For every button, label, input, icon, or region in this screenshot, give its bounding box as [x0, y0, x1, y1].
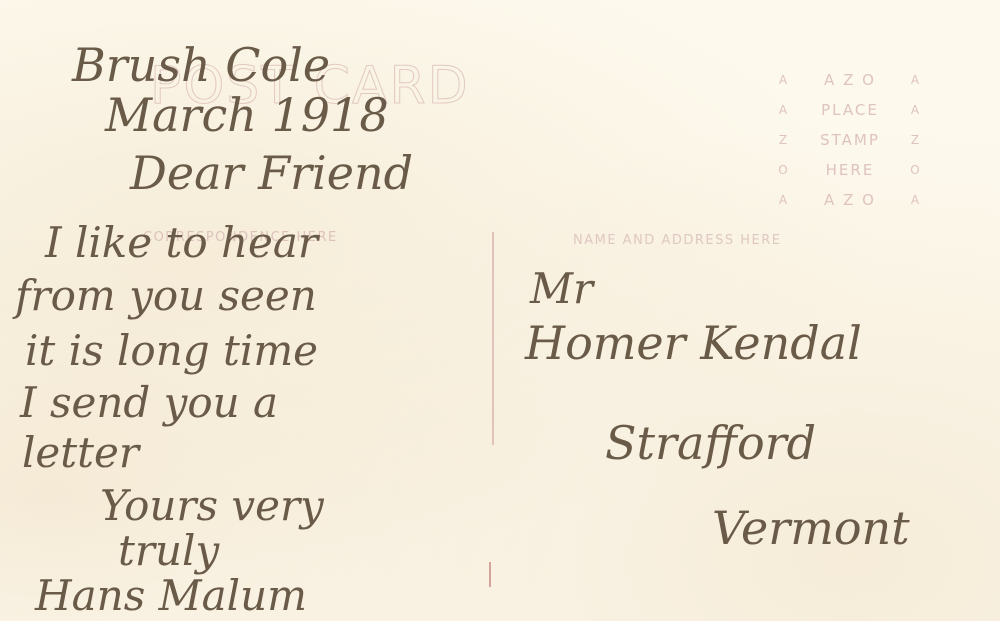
center-divider-line — [492, 232, 494, 445]
message-closing-2: truly — [118, 530, 219, 572]
message-line-4: I send you a — [20, 382, 278, 424]
stamp-row-2: A PLACE A — [775, 100, 925, 120]
stamp-row-3: Z STAMP Z — [775, 130, 925, 150]
message-line-2: from you seen — [15, 275, 317, 317]
address-label: NAME AND ADDRESS HERE — [573, 233, 781, 248]
message-closing-1: Yours very — [100, 485, 324, 527]
address-salutation: Mr — [530, 268, 593, 310]
message-line-1: I like to hear — [45, 222, 318, 264]
message-greeting: Dear Friend — [130, 150, 413, 196]
stamp-row-5: A A Z O A — [775, 190, 925, 210]
stamp-row-4: O HERE O — [775, 160, 925, 180]
stamp-placement-box: A A Z O A A PLACE A Z STAMP Z O HERE O A… — [775, 70, 925, 215]
address-name: Homer Kendal — [525, 320, 862, 366]
message-place: Brush Cole — [72, 42, 330, 88]
address-state: Vermont — [712, 505, 910, 551]
message-line-3: it is long time — [25, 330, 318, 372]
postcard-back: POST CARD A A Z O A A PLACE A Z STAMP Z … — [0, 0, 1000, 621]
message-line-5: letter — [22, 432, 139, 474]
address-town: Strafford — [605, 420, 816, 466]
stamp-row-1: A A Z O A — [775, 70, 925, 90]
message-signature: Hans Malum — [35, 575, 307, 617]
divider-line-tail — [489, 562, 491, 587]
message-date: March 1918 — [105, 92, 389, 138]
